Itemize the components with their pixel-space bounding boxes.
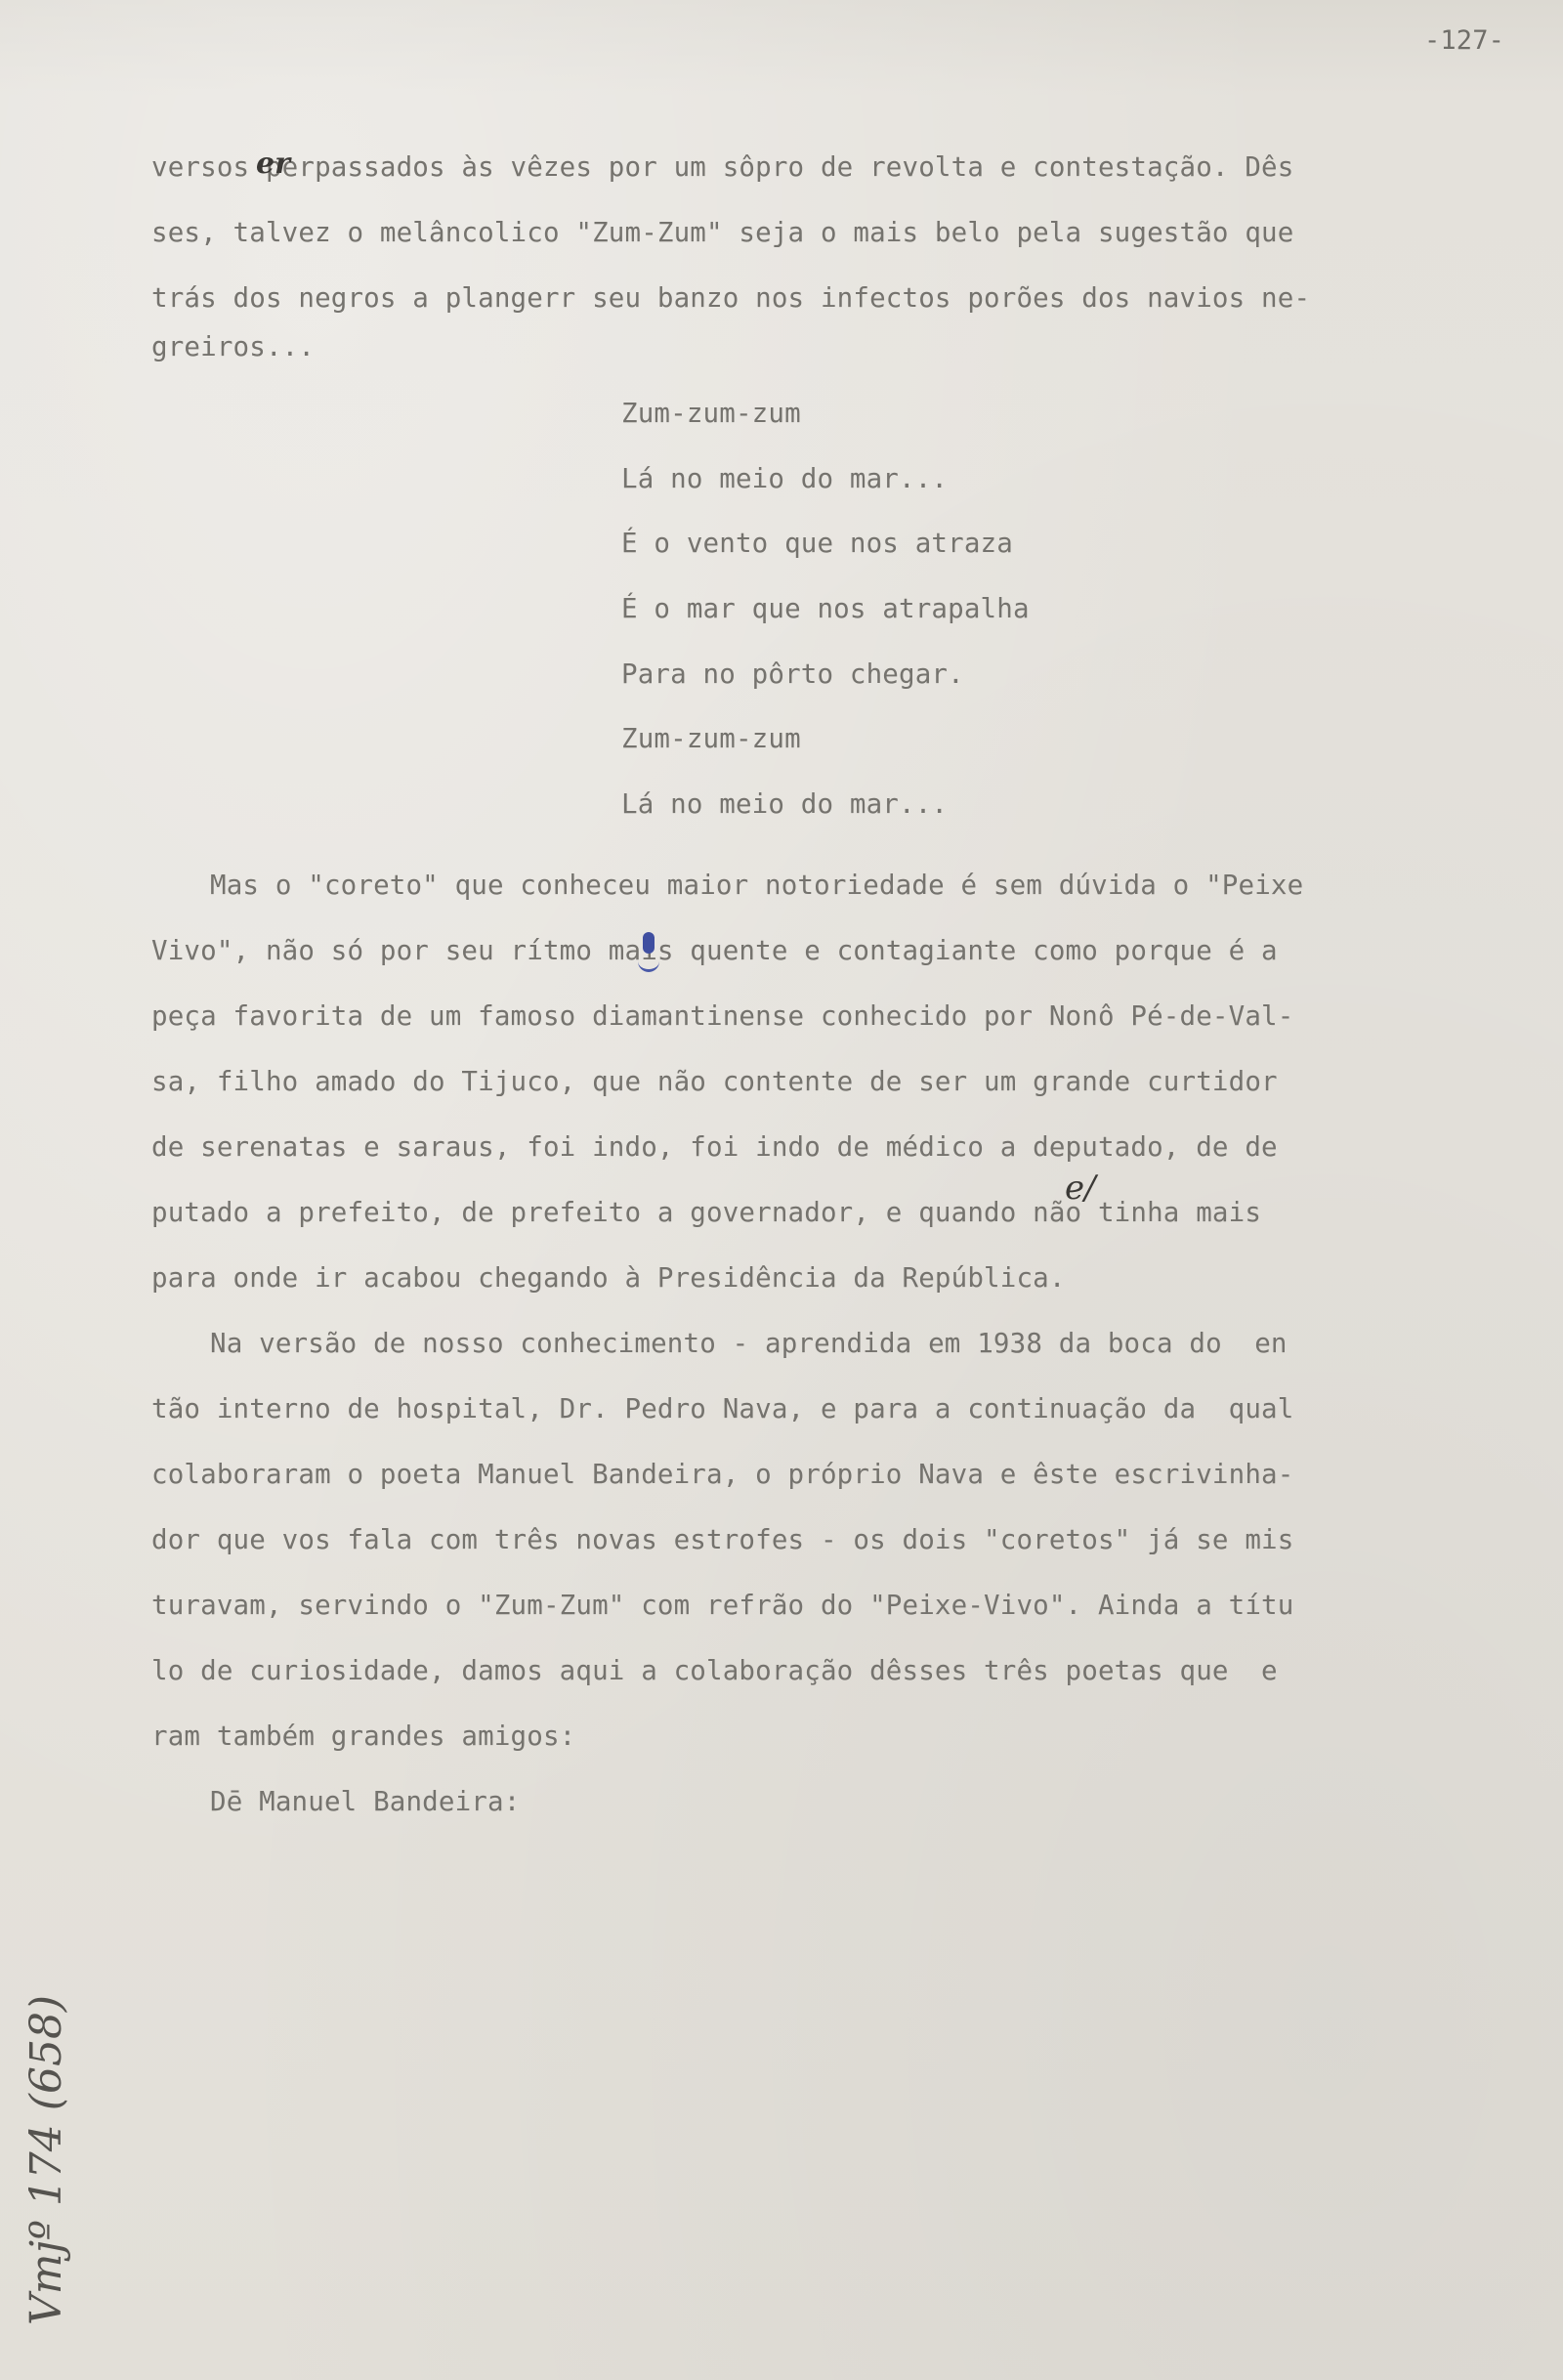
poem-line: Para no pôrto chegar. [621,661,964,689]
paragraph-line: para onde ir acabou chegando à Presidênc… [151,1265,1066,1293]
handwritten-correction: er [256,147,290,181]
handwritten-correction: e/ [1065,1169,1096,1208]
poem-line: Lá no meio do mar... [621,791,948,819]
paragraph-line: ram também grandes amigos: [151,1723,575,1751]
page-number: -127- [1424,27,1504,54]
paragraph-line: de serenatas e saraus, foi indo, foi ind… [151,1134,1278,1162]
paragraph-line: sa, filho amado do Tijuco, que não conte… [151,1069,1278,1096]
body-line: greiros... [151,334,315,361]
paragraph-line: Vivo", não só por seu rítmo mais quente … [151,938,1278,965]
ink-correction-mark [638,940,659,972]
paragraph-line: Mas o "coreto" que conheceu maior notori… [210,872,1303,900]
poem-line: Zum-zum-zum [621,726,801,753]
body-line: ses, talvez o melâncolico "Zum-Zum" seja… [151,220,1293,247]
paragraph-line: dor que vos fala com três novas estrofes… [151,1527,1293,1554]
paragraph-line: colaboraram o poeta Manuel Bandeira, o p… [151,1462,1293,1489]
poem-line: Zum-zum-zum [621,401,801,428]
paragraph-line: turavam, servindo o "Zum-Zum" com refrão… [151,1593,1293,1620]
poem-line: Lá no meio do mar... [621,466,948,493]
paragraph-line: peça favorita de um famoso diamantinense… [151,1003,1293,1031]
paragraph-line: lo de curiosidade, damos aqui a colabora… [151,1658,1278,1685]
poem-line: É o vento que nos atraza [621,531,1013,558]
body-line: versos perpassados às vêzes por um sôpro… [151,154,1293,182]
body-line: trás dos negros a plangerr seu banzo nos… [151,285,1310,313]
handwritten-margin-note: Vmjº 174 (658) [21,1995,71,2325]
paragraph-line: tão interno de hospital, Dr. Pedro Nava,… [151,1396,1293,1424]
poem-line: É o mar que nos atrapalha [621,596,1030,623]
paragraph-line: Na versão de nosso conhecimento - aprend… [210,1331,1288,1358]
attribution-line: Dē Manuel Bandeira: [210,1789,520,1816]
